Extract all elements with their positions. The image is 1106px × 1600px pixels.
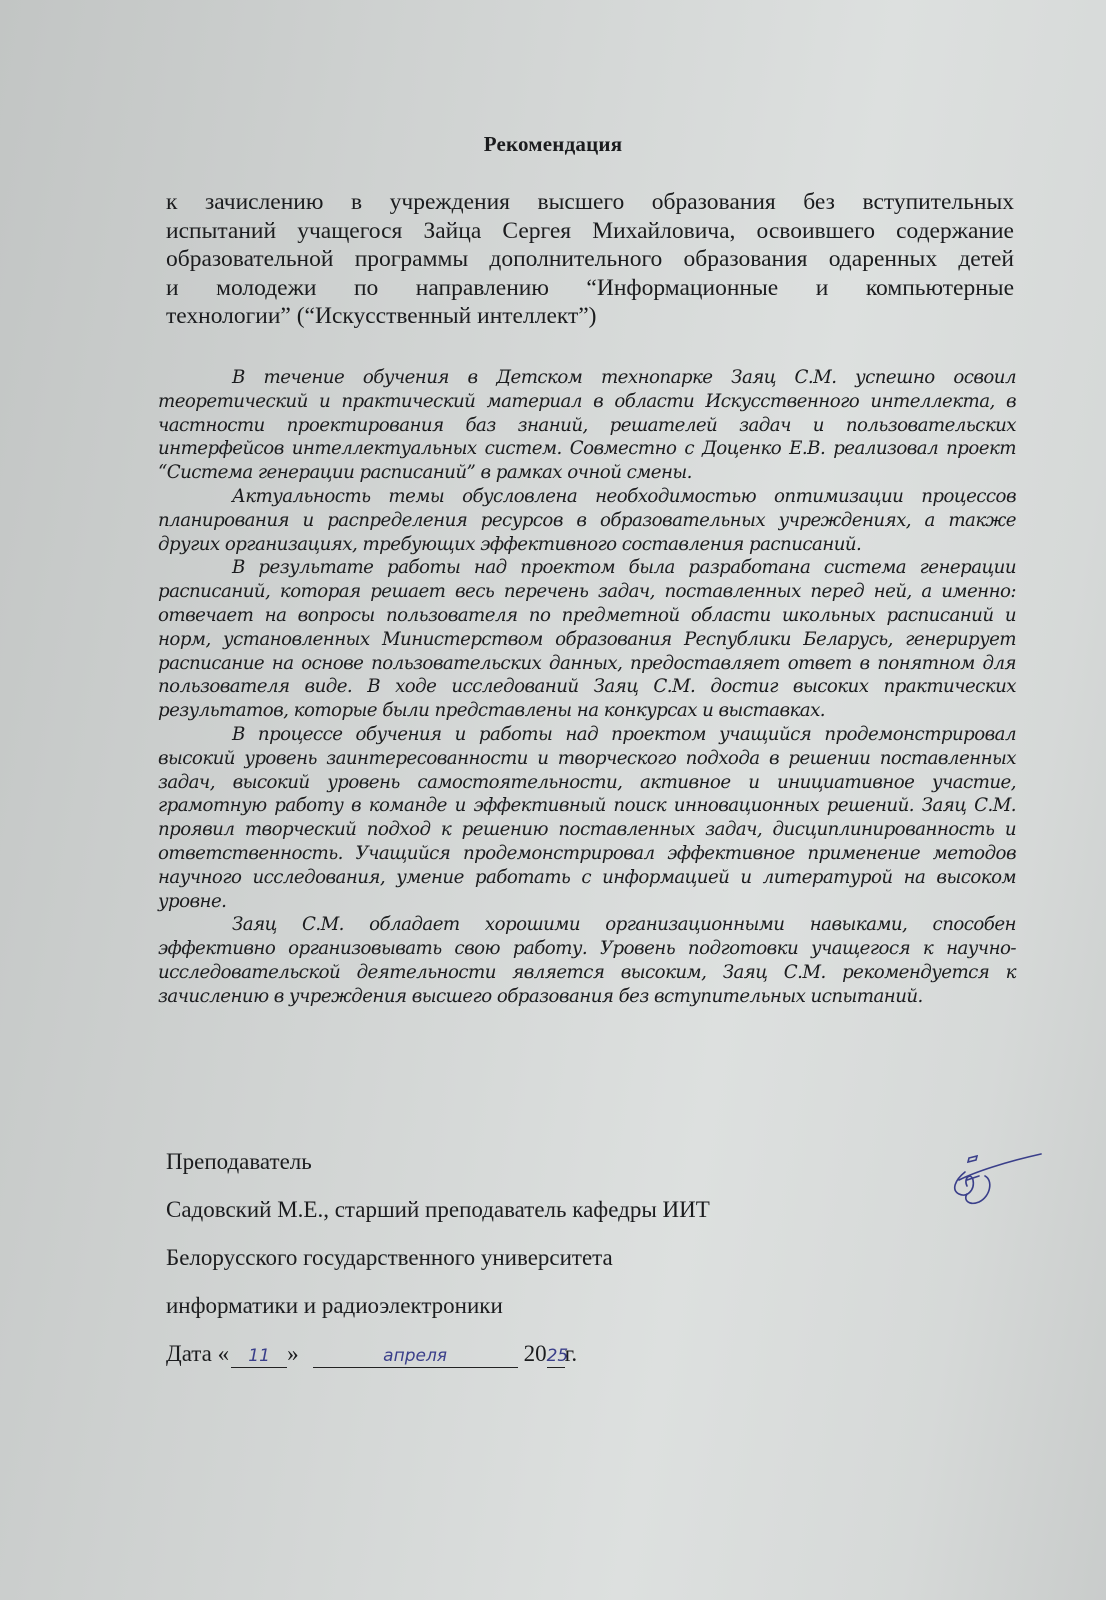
date-label: Дата « <box>166 1341 229 1366</box>
document-title: Рекомендация <box>0 132 1106 157</box>
signature-block: Преподаватель Садовский М.Е., старший пр… <box>166 1138 786 1378</box>
subject-line: и молодежи по направлению “Информационны… <box>166 274 1014 303</box>
document-body: В течение обучения в Детском технопарке … <box>158 366 1016 1009</box>
signer-org-line2: информатики и радиоэлектроники <box>166 1282 786 1330</box>
paragraph-results: В результате работы над проектом была ра… <box>158 556 1016 723</box>
paragraph-training: В течение обучения в Детском технопарке … <box>158 366 1016 485</box>
document-page: Рекомендация к зачислению в учреждения в… <box>0 0 1106 1600</box>
paragraph-relevance: Актуальность темы обусловлена необходимо… <box>158 485 1016 556</box>
signer-role: Преподаватель <box>166 1138 786 1186</box>
subject-line: технологии” (“Искусственный интеллект”) <box>166 302 1014 331</box>
date-month-field: апреля <box>313 1345 518 1368</box>
date-year-field: 25 <box>547 1345 565 1368</box>
paragraph-conclusion: Заяц С.М. обладает хорошими организацион… <box>158 913 1016 1008</box>
date-year-prefix: 20 <box>524 1341 547 1366</box>
signer-org-line1: Белорусского государственного университе… <box>166 1234 786 1282</box>
paragraph-qualities: В процессе обучения и работы над проекто… <box>158 723 1016 913</box>
subject-line: испытаний учащегося Зайца Сергея Михайло… <box>166 217 1014 246</box>
document-subject: к зачислению в учреждения высшего образо… <box>166 188 1014 331</box>
subject-line: образовательной программы дополнительног… <box>166 245 1014 274</box>
date-line: Дата «11»апреля2025г. <box>166 1330 786 1378</box>
handwritten-signature-icon <box>945 1150 1045 1210</box>
subject-line: к зачислению в учреждения высшего образо… <box>166 188 1014 217</box>
date-day-field: 11 <box>231 1345 287 1368</box>
signer-name-position: Садовский М.Е., старший преподаватель ка… <box>166 1186 786 1234</box>
date-quote-close: » <box>287 1341 299 1366</box>
